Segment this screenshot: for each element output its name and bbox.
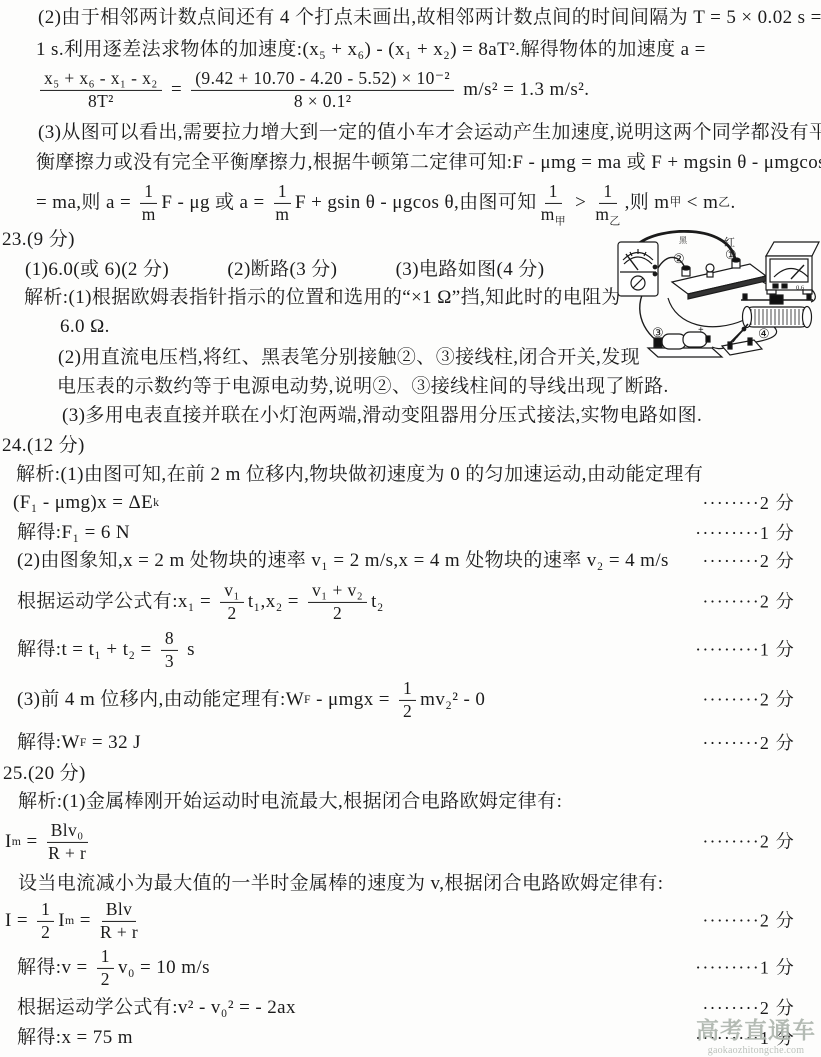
formula-line: (3)前 4 m 位移内,由动能定理有:WF - μmgx = 12mv₂² -…	[0, 679, 821, 721]
formula-line: 解得:v = 12v₀ = 10 m/s·········1 分	[0, 947, 821, 989]
text-line: (3)多用电表直接并联在小灯泡两端,滑动变阻器用分压式接法,实物电路如图.	[0, 404, 821, 428]
line-text: 解得:WF = 32 J	[17, 731, 141, 755]
line-text: (F₁ - μmg)x = ΔEk	[13, 491, 159, 515]
circuit-figure: 0.6	[610, 230, 821, 367]
line-text: 解析:(1)金属棒刚开始运动时电流最大,根据闭合电路欧姆定律有:	[18, 790, 562, 814]
document-page: (2)由于相邻两计数点间还有 4 个打点未画出,故相邻两计数点间的时间间隔为 T…	[0, 0, 821, 1057]
score-label: ········2 分	[702, 492, 795, 515]
terminal-3-label: ③	[652, 325, 664, 340]
line-text: 24.(12 分)	[2, 434, 85, 458]
terminal-2-label: ②	[673, 251, 685, 266]
line-text: (3)多用电表直接并联在小灯泡两端,滑动变阻器用分压式接法,实物电路如图.	[62, 404, 702, 428]
terminal-4-label: ④	[758, 326, 770, 341]
formula-line: Im = Blv₀R + r········2 分	[0, 821, 821, 863]
line-text: 衡摩擦力或没有完全平衡摩擦力,根据牛顿第二定律可知:F - μmg = ma 或…	[36, 151, 821, 175]
line-text: 25.(20 分)	[3, 762, 86, 786]
ammeter-icon: 0.6	[766, 242, 819, 294]
score-label: ········2 分	[702, 831, 795, 854]
line-text: (2)由图象知,x = 2 m 处物块的速率 v₁ = 2 m/s,x = 4 …	[17, 549, 669, 573]
score-label: ········2 分	[702, 689, 795, 712]
terminal-board-icon	[672, 258, 766, 299]
line-text: 电压表的示数约等于电源电动势,说明②、③接线柱间的导线出现了断路.	[57, 375, 669, 399]
text-line: 电压表的示数约等于电源电动势,说明②、③接线柱间的导线出现了断路.	[0, 375, 821, 399]
line-text: (3)从图可以看出,需要拉力增大到一定的值小车才会运动产生加速度,说明这两个同学…	[38, 121, 821, 145]
line-text: (3)前 4 m 位移内,由动能定理有:WF - μmgx = 12mv₂² -…	[17, 679, 485, 721]
formula-line: I = 12Im = BlvR + r········2 分	[0, 900, 821, 942]
terminal-1-label: ①	[725, 247, 737, 262]
score-label: ········2 分	[702, 910, 795, 933]
line-text: 解得:t = t₁ + t₂ = 83 s	[17, 629, 195, 671]
formula-line: 解得:F₁ = 6 N·········1 分	[0, 521, 821, 545]
text-line: 解析:(1)金属棒刚开始运动时电流最大,根据闭合电路欧姆定律有:	[0, 790, 821, 814]
line-text: 解得:F₁ = 6 N	[17, 521, 130, 545]
text-line: (3)从图可以看出,需要拉力增大到一定的值小车才会运动产生加速度,说明这两个同学…	[0, 121, 821, 145]
ammeter-range-label: 0.6	[796, 285, 805, 292]
text-line: (2)由于相邻两计数点间还有 4 个打点未画出,故相邻两计数点间的时间间隔为 T…	[0, 6, 821, 30]
black-lead-label: 黑	[679, 236, 688, 245]
formula-line: x₅ + x₆ - x₁ - x₂8T² = (9.42 + 10.70 - 4…	[0, 69, 821, 111]
watermark: 高考直通车 gaokaozhitongche.com	[694, 1012, 818, 1056]
multimeter-icon	[618, 242, 658, 296]
line-text: 解析:(1)根据欧姆表指针指示的位置和选用的“×1 Ω”挡,知此时的电阻为	[24, 286, 621, 310]
score-label: ·········1 分	[695, 639, 795, 662]
line-text: 1 s.利用逐差法求物体的加速度:(x₅ + x₆) - (x₁ + x₂) =…	[36, 38, 706, 62]
line-text: = ma,则 a = 1mF - μg 或 a = 1mF + gsin θ -…	[36, 182, 736, 224]
formula-line: = ma,则 a = 1mF - μg 或 a = 1mF + gsin θ -…	[0, 182, 821, 224]
text-line: 解析:(1)由图可知,在前 2 m 位移内,物块做初速度为 0 的匀加速运动,由…	[0, 463, 821, 487]
switch-icon	[722, 324, 762, 355]
score-label: ·········1 分	[695, 957, 795, 980]
line-text: (2)由于相邻两计数点间还有 4 个打点未画出,故相邻两计数点间的时间间隔为 T…	[38, 6, 821, 30]
line-text: 解析:(1)由图可知,在前 2 m 位移内,物块做初速度为 0 的匀加速运动,由…	[16, 463, 703, 487]
text-line: (2)由图象知,x = 2 m 处物块的速率 v₁ = 2 m/s,x = 4 …	[0, 549, 821, 573]
battery-plus-label: +	[698, 325, 704, 336]
line-text: Im = Blv₀R + r	[5, 821, 92, 863]
score-label: ········2 分	[702, 591, 795, 614]
text-line: 1 s.利用逐差法求物体的加速度:(x₅ + x₆) - (x₁ + x₂) =…	[0, 38, 821, 62]
question-25-header: 25.(20 分)	[0, 762, 821, 786]
score-label: ········2 分	[702, 550, 795, 573]
line-text: 设当电流减小为最大值的一半时金属棒的速度为 v,根据闭合电路欧姆定律有:	[18, 872, 663, 896]
watermark-url: gaokaozhitongche.com	[694, 1045, 818, 1056]
score-label: ········2 分	[702, 732, 795, 755]
line-text: 解得:x = 75 m	[17, 1026, 133, 1050]
line-text: (1)6.0(或 6)(2 分) (2)断路(3 分) (3)电路如图(4 分)	[25, 258, 544, 282]
rheostat-icon	[741, 294, 813, 328]
formula-line: 解得:WF = 32 J········2 分	[0, 731, 821, 755]
question-24-header: 24.(12 分)	[0, 434, 821, 458]
text-line: 设当电流减小为最大值的一半时金属棒的速度为 v,根据闭合电路欧姆定律有:	[0, 872, 821, 896]
score-label: ·········1 分	[695, 522, 795, 545]
line-text: 23.(9 分)	[2, 228, 75, 252]
watermark-title: 高考直通车	[694, 1012, 818, 1045]
line-text: x₅ + x₆ - x₁ - x₂8T² = (9.42 + 10.70 - 4…	[36, 69, 589, 111]
line-text: I = 12Im = BlvR + r	[5, 900, 142, 942]
line-text: (2)用直流电压档,将红、黑表笔分别接触②、③接线柱,闭合开关,发现	[58, 346, 640, 370]
text-line: 衡摩擦力或没有完全平衡摩擦力,根据牛顿第二定律可知:F - μmg = ma 或…	[0, 151, 821, 175]
line-text: 6.0 Ω.	[60, 315, 110, 339]
formula-line: 根据运动学公式有:x₁ = v₁2t₁,x₂ = v₁ + v₂2t₂·····…	[0, 581, 821, 623]
line-text: 根据运动学公式有:x₁ = v₁2t₁,x₂ = v₁ + v₂2t₂	[17, 581, 384, 623]
line-text: 解得:v = 12v₀ = 10 m/s	[17, 947, 210, 989]
formula-line: (F₁ - μmg)x = ΔEk········2 分	[0, 491, 821, 515]
line-text: 根据运动学公式有:v² - v₀² = - 2ax	[17, 996, 296, 1020]
formula-line: 解得:t = t₁ + t₂ = 83 s·········1 分	[0, 629, 821, 671]
